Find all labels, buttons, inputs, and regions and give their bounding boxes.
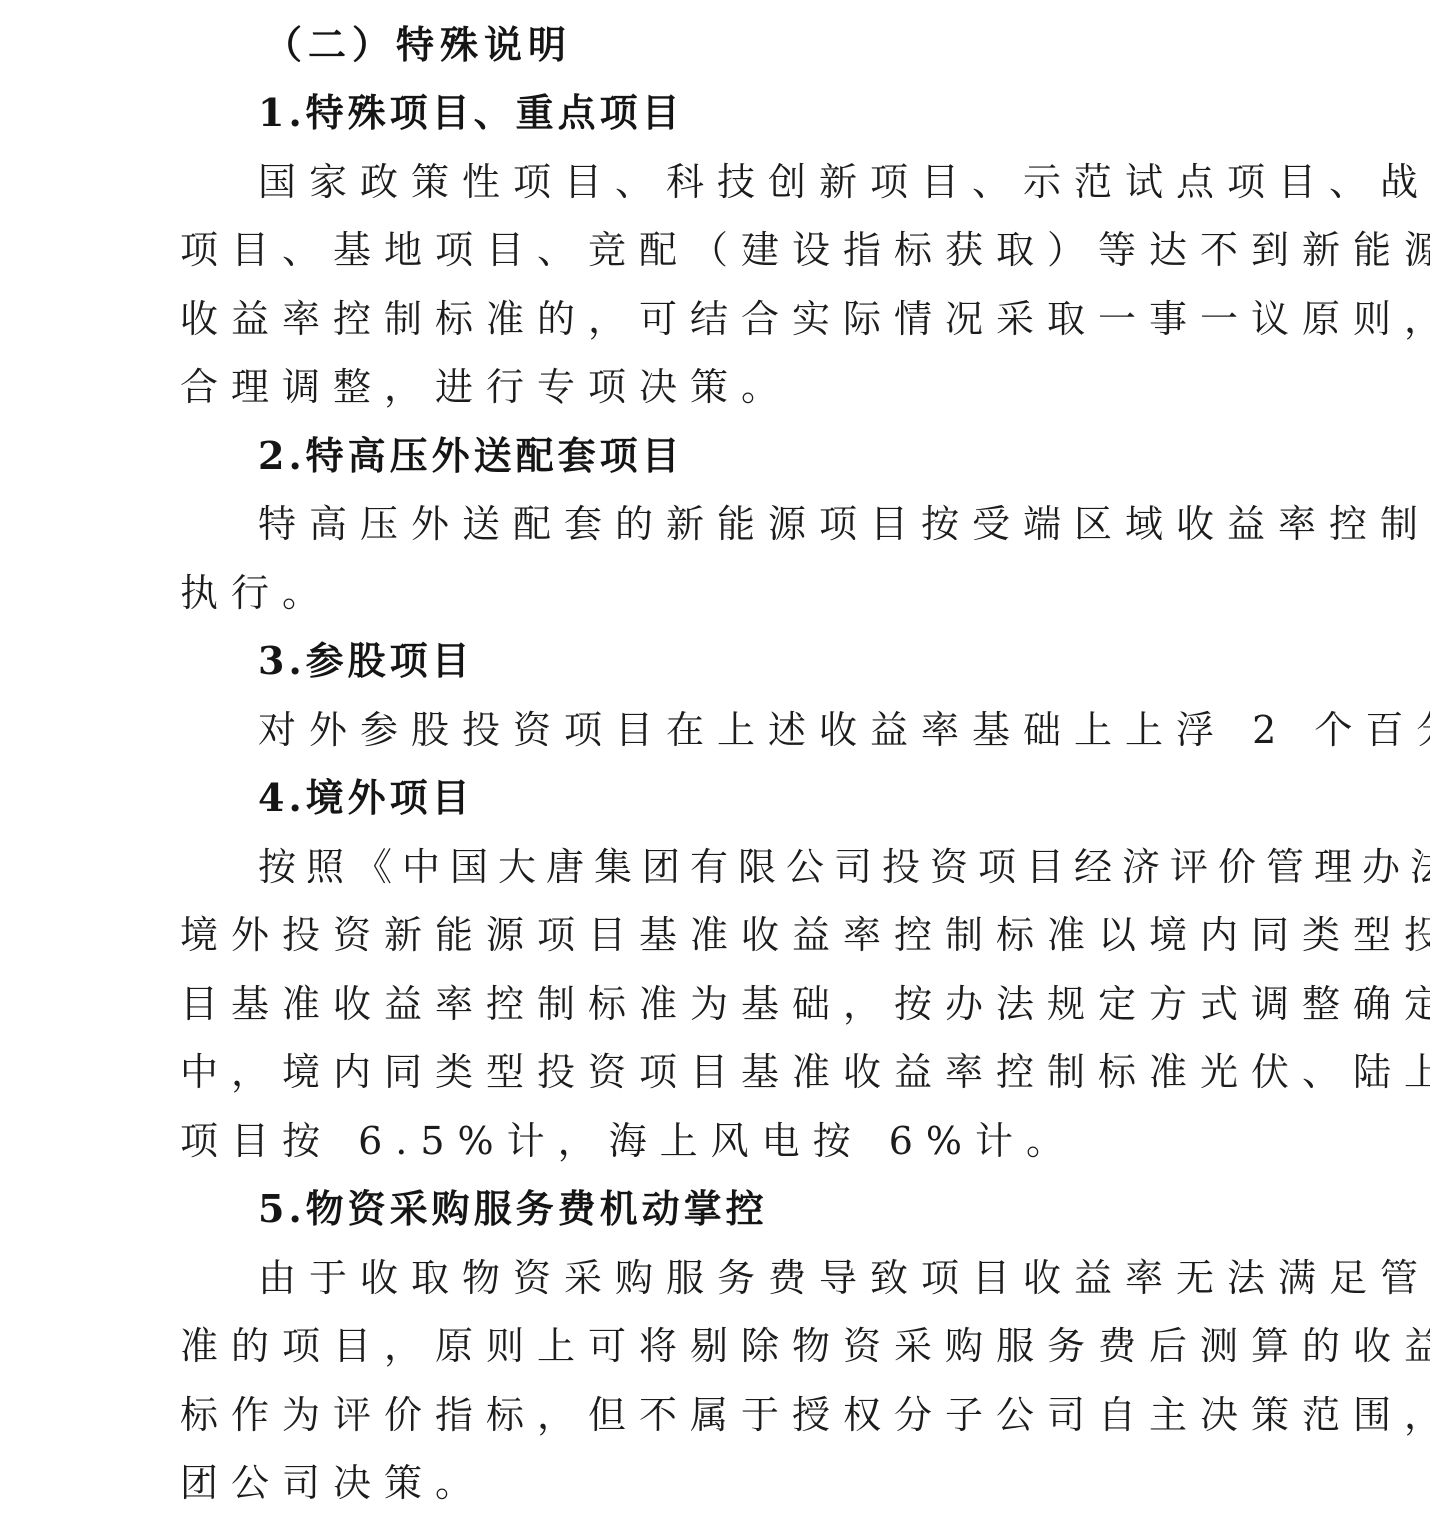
paragraph-line: 合理调整，进行专项决策。 (180, 362, 792, 412)
paragraph-line: 中，境内同类型投资项目基准收益率控制标准光伏、陆上风电 (180, 1047, 1430, 1097)
paragraph-line: 由于收取物资采购服务费导致项目收益率无法满足管控标 (258, 1253, 1430, 1303)
paragraph-line: 目基准收益率控制标准为基础，按办法规定方式调整确定。其 (180, 979, 1430, 1029)
paragraph-line: 执行。 (180, 568, 333, 618)
paragraph-line: 项目按 6.5%计，海上风电按 6%计。 (180, 1116, 1077, 1166)
section-title: （二）特殊说明 (264, 20, 572, 70)
paragraph-line: 按照《中国大唐集团有限公司投资项目经济评价管理办法》, (258, 842, 1430, 892)
paragraph-line: 国家政策性项目、科技创新项目、示范试点项目、战略性 (258, 157, 1430, 207)
item-heading-2: 2.特高压外送配套项目 (258, 431, 684, 481)
paragraph-line: 准的项目，原则上可将剔除物资采购服务费后测算的收益率指 (180, 1321, 1430, 1371)
paragraph-line: 对外参股投资项目在上述收益率基础上上浮 2 个百分点。 (258, 705, 1430, 755)
paragraph-line: 项目、基地项目、竞配（建设指标获取）等达不到新能源项目 (180, 225, 1430, 275)
document-page: （二）特殊说明 1.特殊项目、重点项目 国家政策性项目、科技创新项目、示范试点项… (0, 0, 1430, 1538)
paragraph-line: 特高压外送配套的新能源项目按受端区域收益率控制标准 (258, 499, 1430, 549)
item-heading-3: 3.参股项目 (258, 636, 474, 686)
item-heading-5: 5.物资采购服务费机动掌控 (258, 1184, 768, 1234)
item-heading-1: 1.特殊项目、重点项目 (258, 88, 684, 138)
paragraph-line: 境外投资新能源项目基准收益率控制标准以境内同类型投资项 (180, 910, 1430, 960)
paragraph-line: 团公司决策。 (180, 1458, 486, 1508)
paragraph-line: 收益率控制标准的，可结合实际情况采取一事一议原则，适度 (180, 294, 1430, 344)
item-heading-4: 4.境外项目 (258, 773, 474, 823)
paragraph-line: 标作为评价指标，但不属于授权分子公司自主决策范围，由集 (180, 1390, 1430, 1440)
